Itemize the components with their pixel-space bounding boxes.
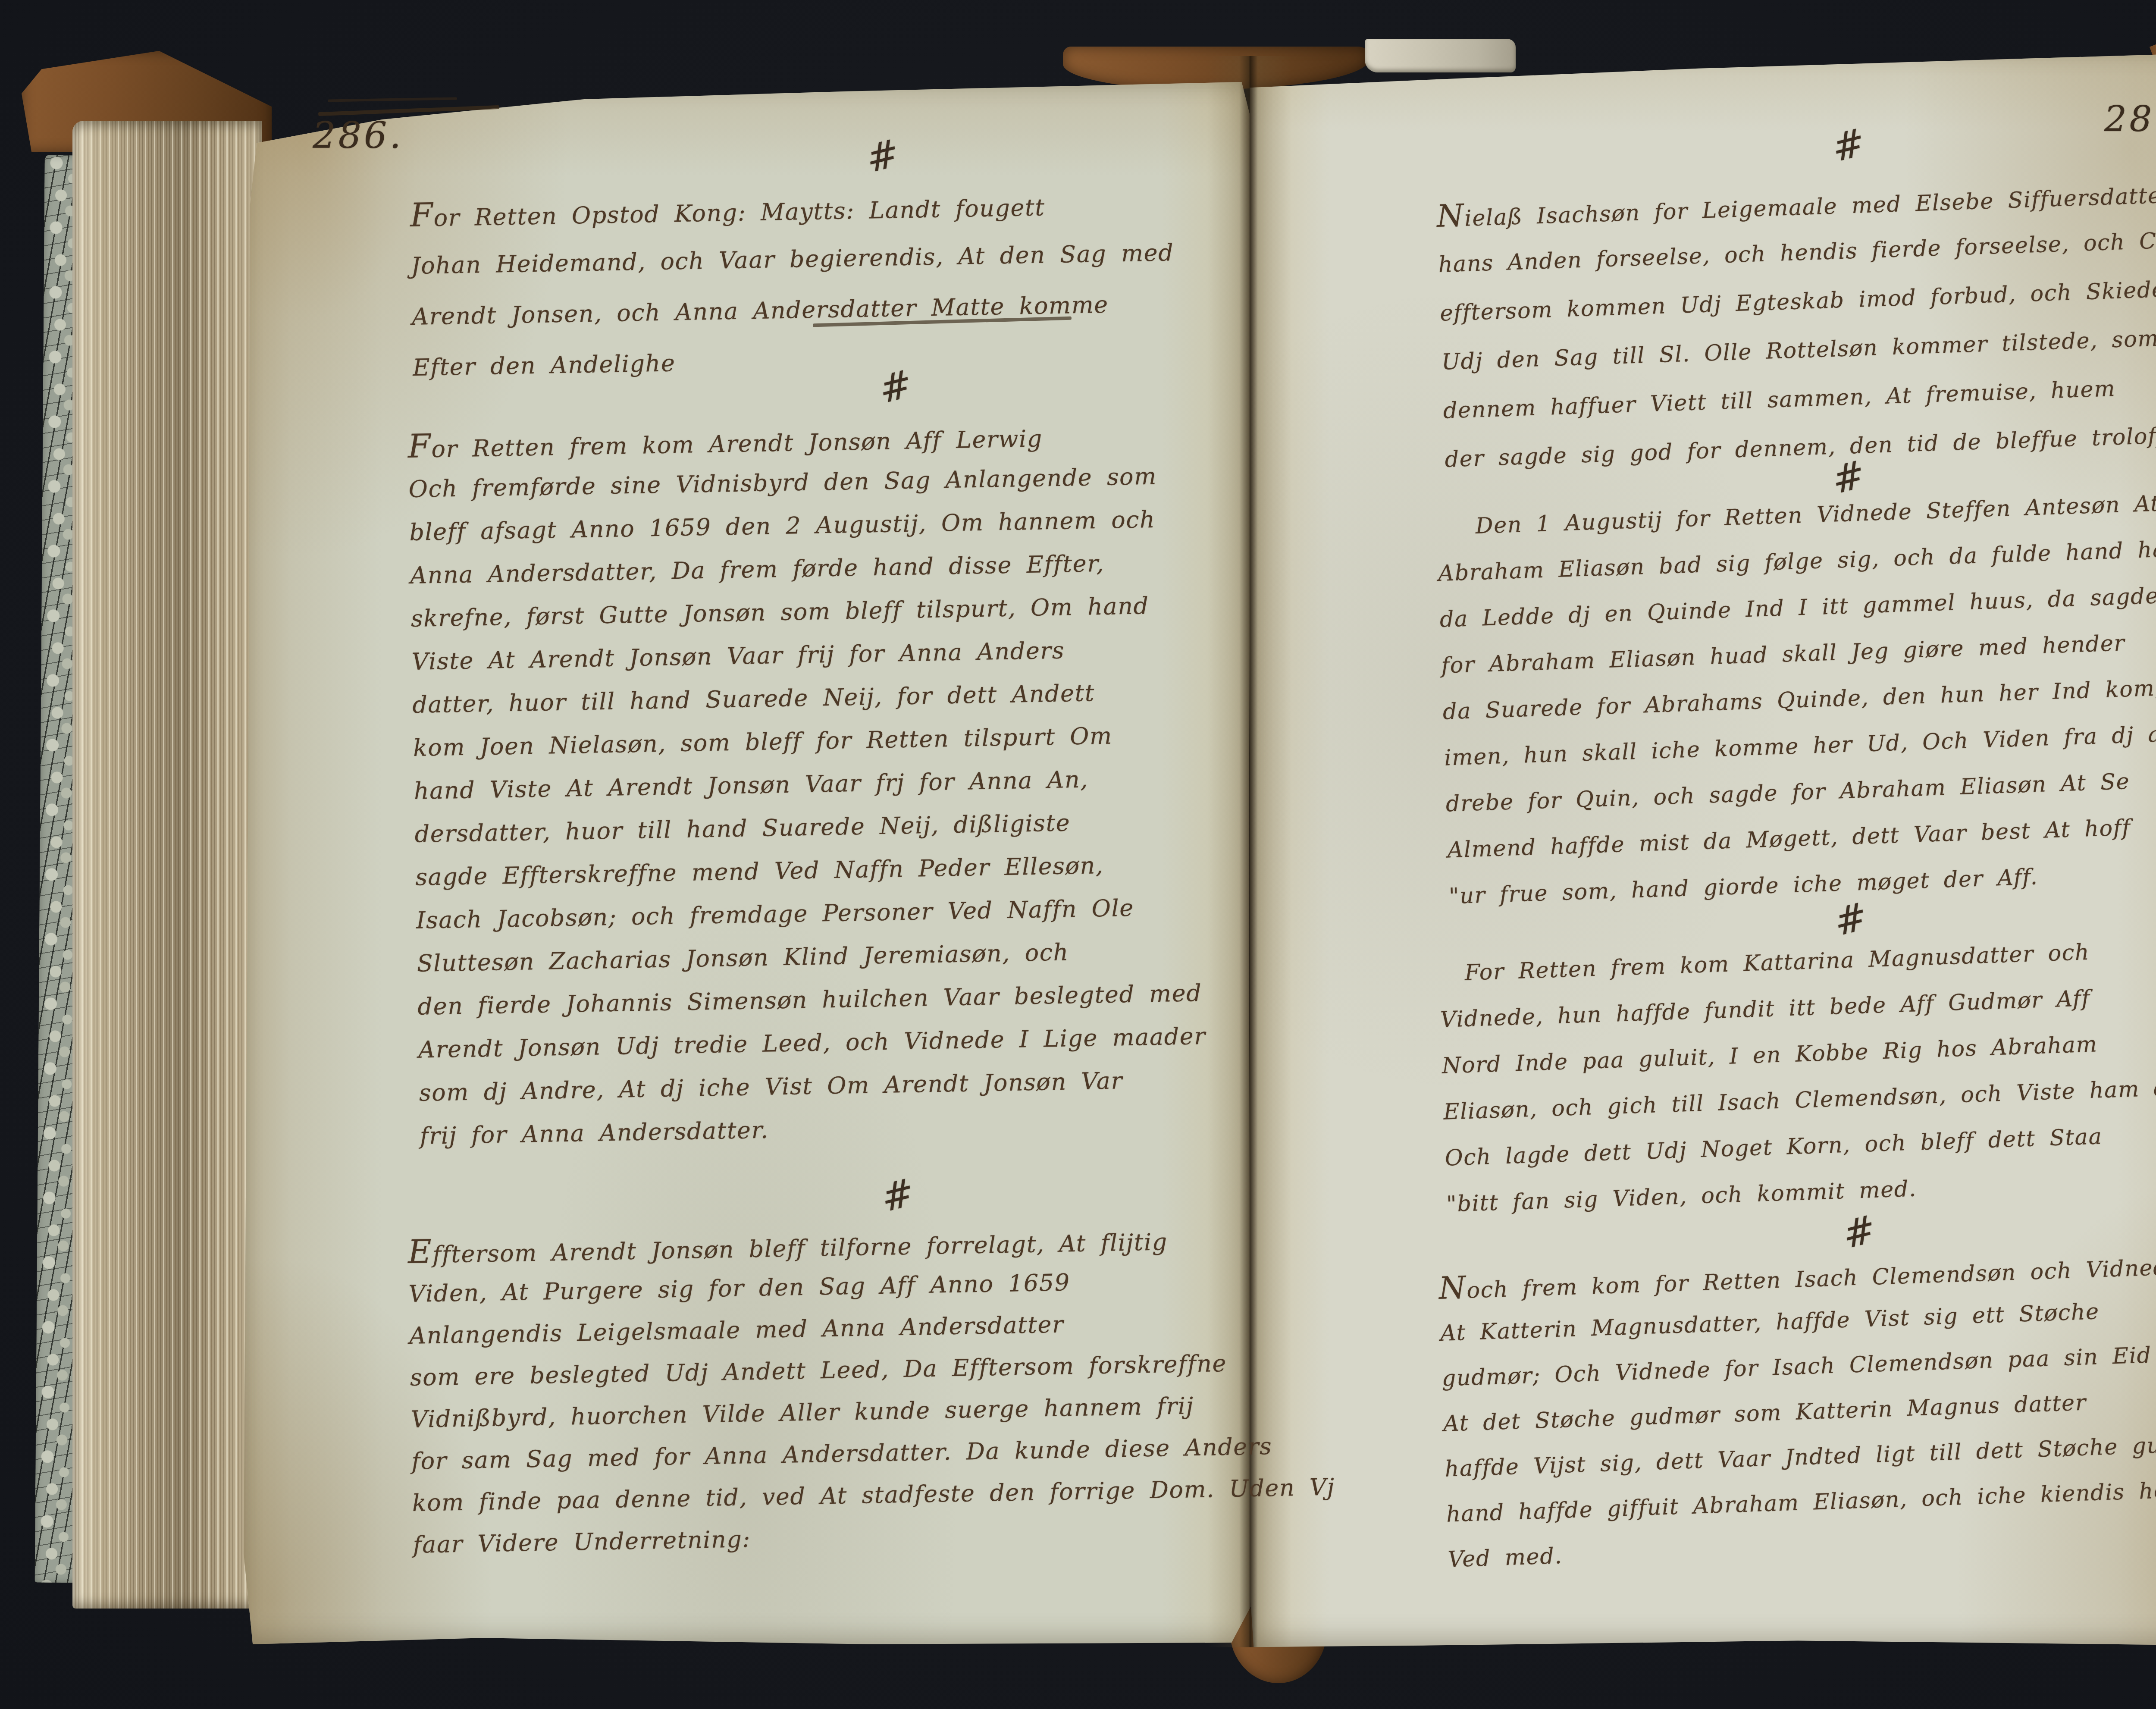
manuscript-photo: 286. # For Retten Opstod Kong: Maytts: L… — [0, 0, 2156, 1709]
left-page-paragraph-1: For Retten Opstod Kong: Maytts: Landt fo… — [410, 176, 1176, 393]
left-page-paragraph-3: Efftersom Arendt Jonsøn bleff tilforne f… — [407, 1215, 1336, 1566]
right-page-paragraph-3: For Retten frem kom Kattarina Magnusdatt… — [1438, 926, 2156, 1227]
section-divider-mark: # — [1842, 1206, 1877, 1258]
section-mark-top-right-page: # — [1831, 119, 1866, 171]
right-page-paragraph-4: Noch frem kom for Retten Isach Clemendsø… — [1438, 1238, 2156, 1582]
section-divider-mark: # — [878, 361, 913, 413]
section-mark-top-left-page: # — [865, 130, 900, 182]
left-page-paragraph-2: For Retten frem kom Arendt Jonsøn Aff Le… — [407, 411, 1208, 1158]
page-stack-fore-edge-left — [72, 121, 262, 1609]
ink-scribble-strikeout — [328, 97, 457, 102]
section-divider-mark: # — [880, 1169, 915, 1221]
page-number-left: 286. — [313, 114, 404, 157]
right-page-paragraph-2: Den 1 Augustij for Retten Vidnede Steffe… — [1436, 478, 2156, 919]
right-page-paragraph-1: Nielaß Isachsøn for Leigemaale med Elseb… — [1436, 166, 2156, 484]
vellum-binding-strip — [1365, 39, 1516, 72]
page-number-right: 287. — [2104, 99, 2156, 140]
